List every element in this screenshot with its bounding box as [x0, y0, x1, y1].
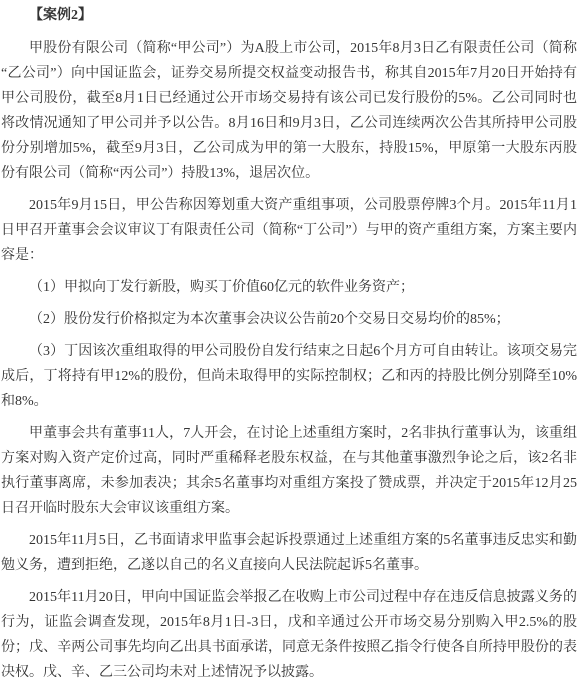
plan-item-2: （2）股份发行价格拟定为本次董事会决议公告前20个交易日交易均价的85%； [1, 307, 577, 332]
plan-item-3: （3）丁因该次重组取得的甲公司股份自发行结束之日起6个月方可自由转让。该项交易完… [1, 339, 577, 414]
paragraph-lawsuit: 2015年11月5日，乙书面请求甲监事会起诉投票通过上述重组方案的5名董事违反忠… [1, 528, 577, 578]
paragraph-restructuring-announcement: 2015年9月15日，甲公告称因筹划重大资产重组事项，公司股票停牌3个月。201… [1, 193, 577, 268]
plan-item-1: （1）甲拟向丁发行新股，购买丁价值60亿元的软件业务资产； [1, 275, 577, 300]
case-document-page: 【案例2】 甲股份有限公司（简称“甲公司”）为A股上市公司，2015年8月3日乙… [0, 0, 578, 680]
paragraph-case-background: 甲股份有限公司（简称“甲公司”）为A股上市公司，2015年8月3日乙有限责任公司… [1, 36, 577, 186]
paragraph-board-meeting: 甲董事会共有董事11人，7人开会，在讨论上述重组方案时，2名非执行董事认为，该重… [1, 421, 577, 521]
case-title: 【案例2】 [1, 3, 577, 28]
paragraph-csrc-report: 2015年11月20日，甲向中国证监会举报乙在收购上市公司过程中存在违反信息披露… [1, 585, 577, 680]
